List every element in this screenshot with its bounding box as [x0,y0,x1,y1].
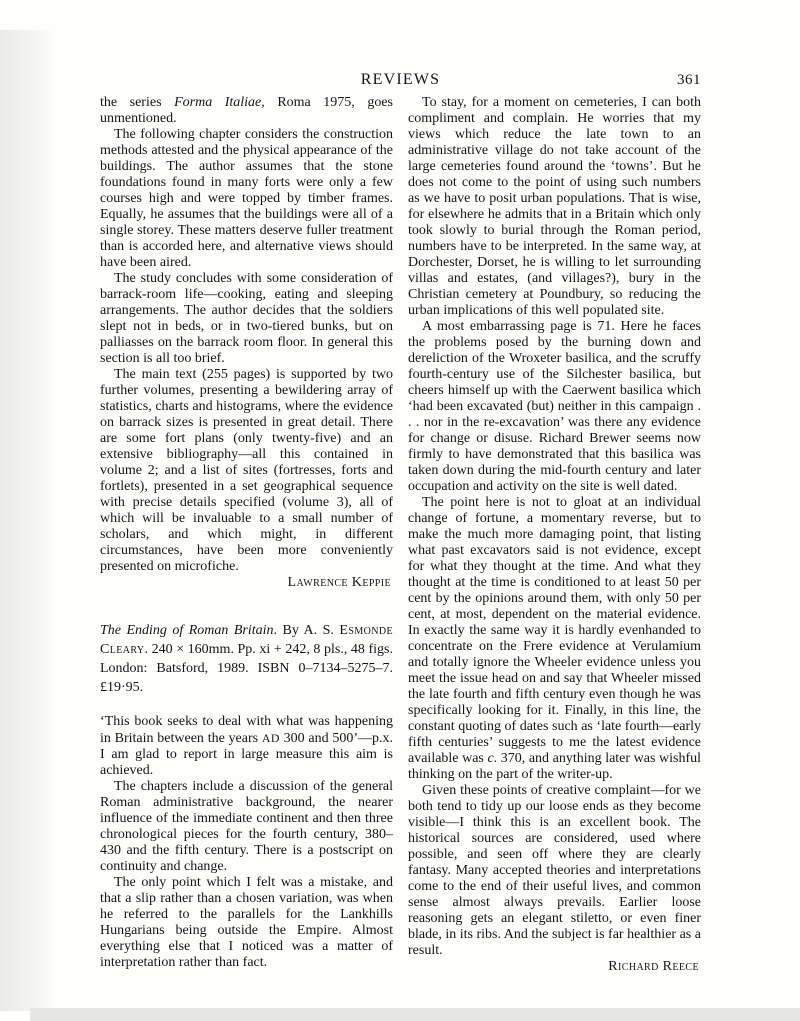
text-segment: Richard Reece [608,959,699,974]
text-segment: To stay, for a moment on cemeteries, I c… [408,95,701,318]
scan-edge-bottom [30,1008,800,1021]
text-segment: The following chapter considers the cons… [100,127,393,270]
text-segment: A most embarrassing page is 71. Here he … [408,319,701,494]
text-segment: Forma Italiae [174,95,261,110]
paragraph: Given these points of creative complaint… [408,783,701,959]
text-segment: . By A. S. [274,623,340,638]
reviewer-signature: Lawrence Keppie [100,575,393,591]
text-segment: Lawrence Keppie [288,575,391,590]
page-header: REVIEWS 361 [100,71,701,89]
page-number: 361 [677,72,701,89]
journal-page: REVIEWS 361 the series Forma Italiae, Ro… [0,0,800,1021]
text-segment: The point here is not to gloat at an ind… [408,495,701,766]
text-segment: The study concludes with some considerat… [100,271,393,366]
paragraph-quote: ‘This book seeks to deal with what was h… [100,714,393,779]
running-head-title: REVIEWS [100,71,701,89]
text-segment: The chapters include a discussion of the… [100,779,393,874]
left-column: the series Forma Italiae, Roma 1975, goe… [100,95,393,971]
paragraph-continuation: the series Forma Italiae, Roma 1975, goe… [100,95,393,127]
book-citation: The Ending of Roman Britain. By A. S. Es… [100,621,393,697]
reviewer-signature: Richard Reece [408,959,701,975]
text-segment: . 240 × 160mm. Pp. xi + 242, 8 pls., 48 … [100,642,393,695]
paragraph: The study concludes with some considerat… [100,271,393,367]
two-column-text: the series Forma Italiae, Roma 1975, goe… [100,95,701,975]
paragraph: The main text (255 pages) is supported b… [100,367,393,575]
text-segment: The only point which I felt was a mistak… [100,875,393,970]
paragraph: A most embarrassing page is 71. Here he … [408,319,701,495]
paragraph: The following chapter considers the cons… [100,127,393,271]
paragraph: The only point which I felt was a mistak… [100,875,393,971]
text-segment: Given these points of creative complaint… [408,783,701,958]
scan-edge-left [0,30,55,1011]
text-segment: AD [262,731,280,745]
paragraph: To stay, for a moment on cemeteries, I c… [408,95,701,319]
paragraph: The chapters include a discussion of the… [100,779,393,875]
text-segment: the series [100,95,174,110]
text-segment: The Ending of Roman Britain [100,623,274,638]
right-column: To stay, for a moment on cemeteries, I c… [408,95,701,975]
text-segment: The main text (255 pages) is supported b… [100,367,393,574]
paragraph: The point here is not to gloat at an ind… [408,495,701,783]
